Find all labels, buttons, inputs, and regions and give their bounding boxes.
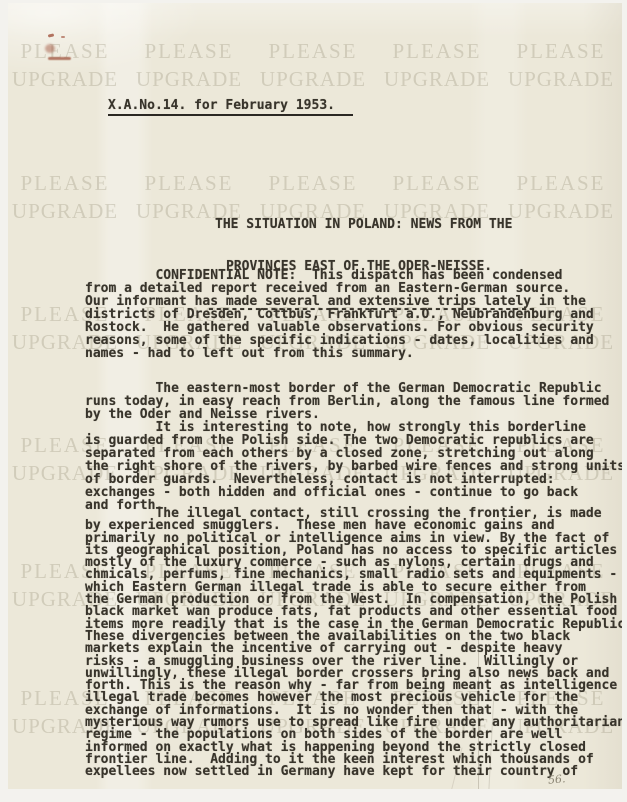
watermark-tile: PLEASEUPGRADE	[9, 169, 121, 225]
watermark-please-text: PLEASE	[133, 37, 245, 65]
paragraph-confidential-note: CONFIDENTIAL NOTE: This dispatch has bee…	[85, 269, 594, 360]
watermark-please-text: PLEASE	[505, 37, 617, 65]
paragraph-illegal-contact: The illegal contact, still crossing the …	[85, 508, 622, 779]
watermark-tile: PLEASEUPGRADE	[257, 37, 369, 93]
paper-page: PLEASEUPGRADEPLEASEUPGRADEPLEASEUPGRADEP…	[8, 3, 622, 789]
title-line-1: THE SITUATION IN POLAND: NEWS FROM THE	[215, 218, 536, 232]
handwritten-page-number: 56.	[547, 772, 566, 786]
watermark-upgrade-text: UPGRADE	[381, 65, 493, 93]
watermark-please-text: PLEASE	[381, 37, 493, 65]
watermark-upgrade-text: UPGRADE	[257, 65, 369, 93]
watermark-please-text: PLEASE	[9, 169, 121, 197]
watermark-tile: PLEASEUPGRADE	[381, 37, 493, 93]
watermark-upgrade-text: UPGRADE	[9, 197, 121, 225]
document-scan: PLEASEUPGRADEPLEASEUPGRADEPLEASEUPGRADEP…	[0, 0, 627, 802]
paper-crease	[478, 601, 479, 789]
watermark-please-text: PLEASE	[9, 37, 121, 65]
reference-heading-text: X.A.No.14. for February 1953.	[108, 98, 353, 116]
watermark-upgrade-text: UPGRADE	[9, 65, 121, 93]
watermark-tile: PLEASEUPGRADE	[133, 37, 245, 93]
watermark-please-text: PLEASE	[257, 37, 369, 65]
watermark-upgrade-text: UPGRADE	[133, 65, 245, 93]
watermark-tile: PLEASEUPGRADE	[505, 37, 617, 93]
watermark-tile: PLEASEUPGRADE	[9, 37, 121, 93]
paragraph-border-description: The eastern-most border of the German De…	[85, 382, 622, 512]
watermark-upgrade-text: UPGRADE	[505, 65, 617, 93]
reference-heading: X.A.No.14. for February 1953.	[108, 98, 353, 113]
